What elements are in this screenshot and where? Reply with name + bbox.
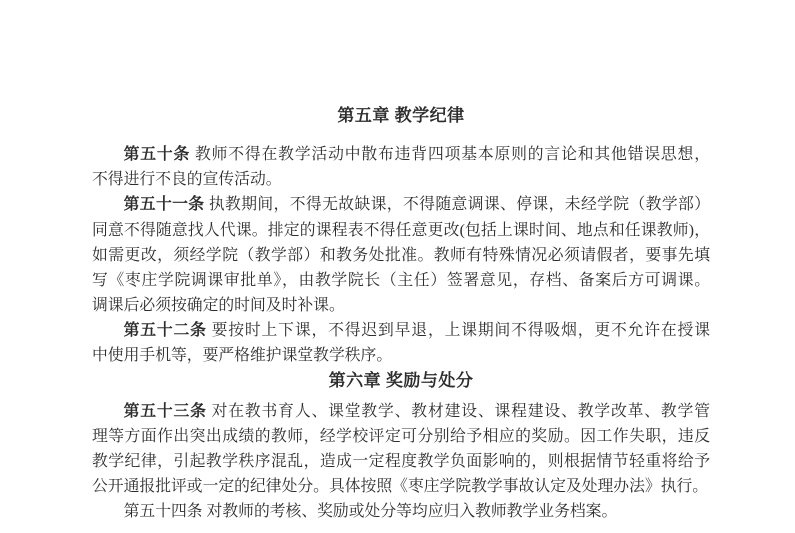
text-line: 第五十二条 要按时上下课，不得迟到早退，上课期间不得吸烟，更不允许在授课 xyxy=(92,318,710,343)
article-50-number: 第五十条 xyxy=(124,146,191,163)
text-line: 理等方面作出突出成绩的教师，经学校评定可分别给予相应的奖励。因工作失职，违反 xyxy=(92,424,710,449)
text-line: 同意不得随意找人代课。排定的课程表不得任意更改(包括上课时间、地点和任课教师)， xyxy=(92,218,710,243)
document-content: 第五章 教学纪律 第五十条 教师不得在教学活动中散布违背四项基本原则的言论和其他… xyxy=(92,0,710,524)
article-54: 第五十四条 对教师的考核、奖励或处分等均应归入教师教学业务档案。 xyxy=(92,499,710,524)
chapter-5-heading: 第五章 教学纪律 xyxy=(92,103,710,128)
article-53-text: 对在教书育人、课堂教学、教材建设、课程建设、教学改革、教学管 xyxy=(212,403,710,420)
text-line: 第五十一条 执教期间，不得无故缺课，不得随意调课、停课，未经学院（教学部） xyxy=(92,192,710,217)
text-line: 不得进行不良的宣传活动。 xyxy=(92,167,710,192)
article-53-number: 第五十三条 xyxy=(124,403,207,420)
text-line: 公开通报批评或一定的纪律处分。具体按照《枣庄学院教学事故认定及处理办法》执行。 xyxy=(92,474,710,499)
article-54-text: 对教师的考核、奖励或处分等均应归入教师教学业务档案。 xyxy=(207,503,618,520)
article-52-number: 第五十二条 xyxy=(124,322,207,339)
text-line: 中使用手机等，要严格维护课堂教学秩序。 xyxy=(92,343,710,368)
article-53: 第五十三条 对在教书育人、课堂教学、教材建设、课程建设、教学改革、教学管 理等方… xyxy=(92,399,710,500)
article-52: 第五十二条 要按时上下课，不得迟到早退，上课期间不得吸烟，更不允许在授课 中使用… xyxy=(92,318,710,368)
article-50-text: 教师不得在教学活动中散布违背四项基本原则的言论和其他错误思想， xyxy=(195,146,710,163)
text-line: 调课后必须按确定的时间及时补课。 xyxy=(92,293,710,318)
article-50: 第五十条 教师不得在教学活动中散布违背四项基本原则的言论和其他错误思想， 不得进… xyxy=(92,142,710,192)
text-line: 第五十三条 对在教书育人、课堂教学、教材建设、课程建设、教学改革、教学管 xyxy=(92,399,710,424)
article-54-number: 第五十四条 xyxy=(124,503,203,520)
article-52-text: 要按时上下课，不得迟到早退，上课期间不得吸烟，更不允许在授课 xyxy=(212,322,710,339)
text-line: 第五十四条 对教师的考核、奖励或处分等均应归入教师教学业务档案。 xyxy=(92,499,710,524)
text-line: 写《枣庄学院调课审批单》，由教学院长（主任）签署意见，存档、备案后方可调课。 xyxy=(92,268,710,293)
article-51-number: 第五十一条 xyxy=(124,196,205,213)
article-51: 第五十一条 执教期间，不得无故缺课，不得随意调课、停课，未经学院（教学部） 同意… xyxy=(92,192,710,318)
text-line: 教学纪律，引起教学秩序混乱，造成一定程度教学负面影响的，则根据情节轻重将给予 xyxy=(92,449,710,474)
scanned-document-page: 第五章 教学纪律 第五十条 教师不得在教学活动中散布违背四项基本原则的言论和其他… xyxy=(0,0,795,533)
article-51-text: 执教期间，不得无故缺课，不得随意调课、停课，未经学院（教学部） xyxy=(209,196,710,213)
text-line: 第五十条 教师不得在教学活动中散布违背四项基本原则的言论和其他错误思想， xyxy=(92,142,710,167)
chapter-6-heading: 第六章 奖励与处分 xyxy=(92,368,710,393)
text-line: 如需更改，须经学院（教学部）和教务处批准。教师有特殊情况必须请假者，要事先填 xyxy=(92,243,710,268)
